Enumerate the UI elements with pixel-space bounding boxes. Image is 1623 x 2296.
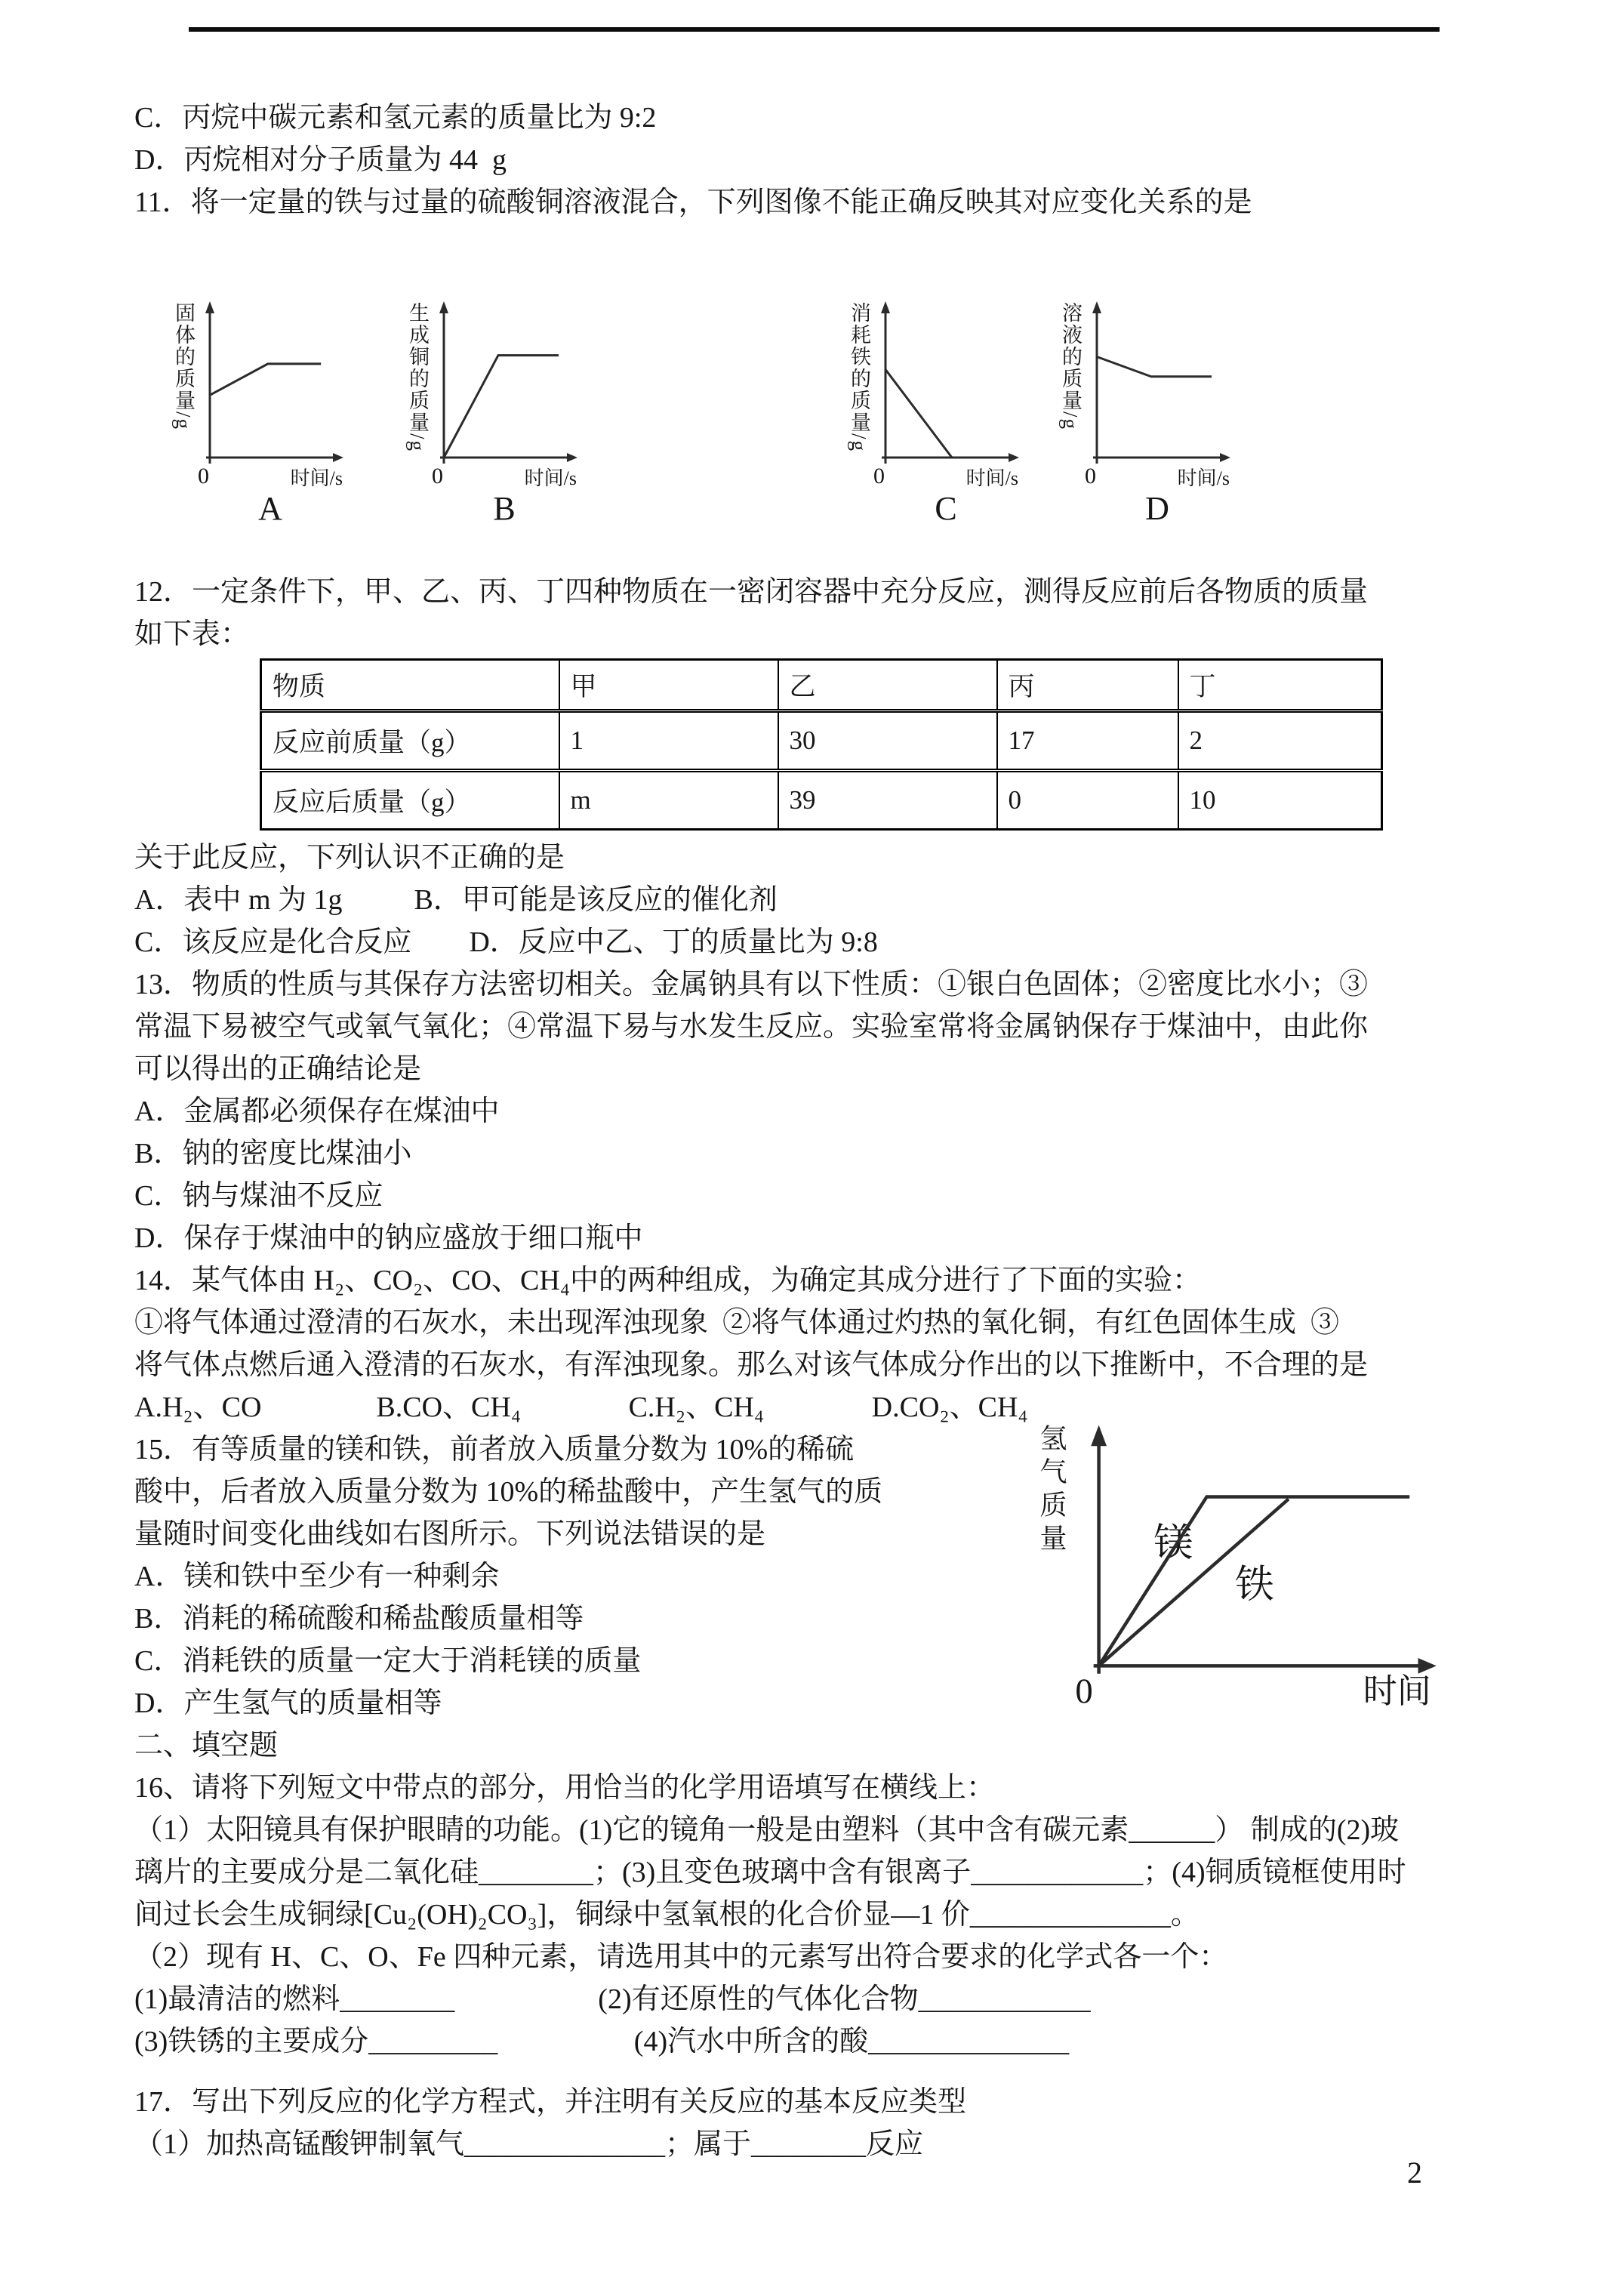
q16-part1-line2: 璃片的主要成分是二氧化硅________；(3)且变色玻璃中含有银离子_____… (134, 1851, 1501, 1894)
q12-options-ab: A．表中 m 为 1g B．甲可能是该反应的催化剂 (134, 879, 1501, 921)
curve-line (885, 369, 996, 458)
y-axis-arrow-icon (1091, 1425, 1107, 1446)
table-cell: 30 (778, 711, 997, 771)
q15-stem-line1: 15．有等质量的镁和铁，前者放入质量分数为 10%的稀硫 (134, 1428, 1033, 1471)
table-cell: 甲 (559, 660, 778, 711)
y-axis-label: 固体的质量/g (172, 302, 195, 464)
q12-after-table: 关于此反应，下列认识不正确的是 (134, 837, 1501, 879)
q16-part2-blanks-1-2: (1)最清洁的燃料________ (2)有还原性的气体化合物_________… (134, 1978, 1501, 2020)
graph-label: D (1082, 489, 1233, 528)
origin-label: 0 (1085, 464, 1096, 488)
graph-canvas: 0 时间/s (195, 299, 346, 488)
origin-label: 0 (198, 464, 209, 488)
q15-graph: 氢气质量 镁 铁 0 时间 (1033, 1422, 1486, 1710)
graph-label: A (195, 489, 346, 528)
q11-graph-a: 固体的质量/g 0 时间/s A (172, 299, 346, 528)
q14-stem-line1: 14．某气体由 H₂、CO₂、CO、CH₄中的两种组成，为确定其成分进行了下面的… (134, 1259, 1501, 1302)
graph-canvas: 0 时间/s (429, 299, 580, 488)
q11-graph-c: 消耗铁的质量/g 0 时间/s C (848, 299, 1021, 528)
q17-item1: （1）加热高锰酸钾制氧气______________；属于________反应 (134, 2123, 1501, 2165)
y-axis-arrow-icon (205, 301, 214, 313)
q13-option-a: A．金属都必须保存在煤油中 (134, 1090, 1501, 1133)
y-axis-label: 氢气质量 (1033, 1424, 1071, 1557)
y-axis-arrow-icon (1092, 301, 1101, 313)
q16-part1-line1: （1）太阳镜具有保护眼睛的功能。(1)它的镜角一般是由塑料（其中含有碳元素___… (134, 1809, 1501, 1851)
graph-body: 生成铜的质量/g 0 时间/s (406, 299, 580, 488)
q15-stem-line3: 量随时间变化曲线如右图所示。下列说法错误的是 (134, 1513, 1033, 1555)
table-cell: 丙 (997, 660, 1178, 711)
q16-stem: 16、请将下列短文中带点的部分，用恰当的化学用语填写在横线上： (134, 1767, 1501, 1809)
q13-stem-line2: 常温下易被空气或氧气氧化；④常温下易与水发生反应。实验室常将金属钠保存于煤油中，… (134, 1006, 1501, 1048)
graph-body: 溶液的质量/g 0 时间/s (1059, 299, 1233, 488)
y-axis-label: 消耗铁的质量/g (848, 302, 870, 464)
exam-page: C．丙烷中碳元素和氢元素的质量比为 9:2 D．丙烷相对分子质量为 44 g 1… (0, 0, 1623, 2296)
q15-option-a: A．镁和铁中至少有一种剩余 (134, 1555, 1033, 1598)
table-cell: 反应后质量（g） (261, 771, 559, 830)
x-axis-arrow-icon (567, 453, 577, 462)
table-cell: 39 (778, 771, 997, 830)
graph-body: 固体的质量/g 0 时间/s (172, 299, 346, 488)
graph-canvas: 0 时间/s (1082, 299, 1233, 488)
table-cell: 丁 (1178, 660, 1382, 711)
graph-canvas: 镁 铁 0 时间 (1067, 1422, 1460, 1710)
q16-part2-stem: （2）现有 H、C、O、Fe 四种元素，请选用其中的元素写出符合要求的化学式各一… (134, 1936, 1501, 1978)
table-cell: 乙 (778, 660, 997, 711)
x-axis-arrow-icon (1009, 453, 1019, 462)
table-row: 反应前质量（g） 1 30 17 2 (261, 711, 1382, 771)
x-axis-arrow-icon (1220, 453, 1230, 462)
curve-line (210, 364, 321, 395)
table-header-row: 物质 甲 乙 丙 丁 (261, 660, 1382, 711)
q15-option-b: B．消耗的稀硫酸和稀盐酸质量相等 (134, 1598, 1033, 1640)
table-cell: 1 (559, 711, 778, 771)
graph-canvas: 0 时间/s (870, 299, 1021, 488)
q12-stem-line2: 如下表： (134, 613, 1501, 655)
table-cell: 2 (1178, 711, 1382, 771)
x-axis-label: 时间/s (1178, 467, 1230, 488)
plot-area: 0 时间/s (870, 299, 1021, 488)
section2-heading: 二、填空题 (134, 1724, 1501, 1767)
graph-label: C (870, 489, 1021, 528)
table-cell: m (559, 771, 778, 830)
table-cell: 0 (997, 771, 1178, 830)
q13-option-d: D．保存于煤油中的钠应盛放于细口瓶中 (134, 1217, 1501, 1259)
y-axis-label: 溶液的质量/g (1059, 302, 1082, 464)
q16-part2-blanks-3-4: (3)铁锈的主要成分_________ (4)汽水中所含的酸__________… (134, 2020, 1501, 2063)
q10-option-d: D．丙烷相对分子质量为 44 g (134, 139, 1501, 181)
q15-option-c: C．消耗铁的质量一定大于消耗镁的质量 (134, 1640, 1033, 1682)
table-row: 反应后质量（g） m 39 0 10 (261, 771, 1382, 830)
q15-block: 15．有等质量的镁和铁，前者放入质量分数为 10%的稀硫 酸中，后者放入质量分数… (134, 1428, 1501, 1724)
q12-options-cd: C．该反应是化合反应 D．反应中乙、丁的质量比为 9:8 (134, 921, 1501, 963)
q11-stem: 11．将一定量的铁与过量的硫酸铜溶液混合，下列图像不能正确反映其对应变化关系的是 (134, 181, 1501, 223)
x-axis-label: 时间/s (966, 467, 1018, 488)
q16-part1-line3: 间过长会生成铜绿[Cu₂(OH)₂CO₃]，铜绿中氢氧根的化合价显—1 价___… (134, 1894, 1501, 1936)
q10-option-c: C．丙烷中碳元素和氢元素的质量比为 9:2 (134, 97, 1501, 139)
origin-label: 0 (1075, 1672, 1092, 1710)
q13-stem-line3: 可以得出的正确结论是 (134, 1048, 1501, 1090)
x-axis-label: 时间/s (291, 467, 343, 488)
header-rule (189, 27, 1440, 32)
graph-body: 消耗铁的质量/g 0 时间/s (848, 299, 1021, 488)
y-axis-arrow-icon (881, 301, 890, 313)
page-number: 2 (1407, 2155, 1422, 2190)
x-axis-arrow-icon (1418, 1658, 1437, 1674)
q11-graphs: 固体的质量/g 0 时间/s A (134, 299, 1501, 571)
page-content: C．丙烷中碳元素和氢元素的质量比为 9:2 D．丙烷相对分子质量为 44 g 1… (134, 97, 1501, 2165)
y-axis-label: 生成铜的质量/g (406, 302, 429, 464)
q13-option-c: C．钠与煤油不反应 (134, 1175, 1501, 1217)
y-axis-arrow-icon (439, 301, 448, 313)
q12-table: 物质 甲 乙 丙 丁 反应前质量（g） 1 30 17 2 反应后质量（g） m… (260, 658, 1383, 831)
curve-line (444, 356, 559, 458)
q15-text-column: 15．有等质量的镁和铁，前者放入质量分数为 10%的稀硫 酸中，后者放入质量分数… (134, 1428, 1033, 1724)
q13-stem-line1: 13．物质的性质与其保存方法密切相关。金属钠具有以下性质：①银白色固体；②密度比… (134, 963, 1501, 1006)
plot-area: 0 时间/s (429, 299, 580, 488)
q14-stem-line3: 将气体点燃后通入澄清的石灰水，有浑浊现象。那么对该气体成分作出的以下推断中，不合… (134, 1344, 1501, 1386)
q15-stem-line2: 酸中，后者放入质量分数为 10%的稀盐酸中，产生氢气的质 (134, 1471, 1033, 1513)
series-label-fe: 铁 (1235, 1564, 1274, 1607)
q12-stem-line1: 12．一定条件下，甲、乙、丙、丁四种物质在一密闭容器中充分反应，测得反应前后各物… (134, 571, 1501, 613)
x-axis-label: 时间 (1363, 1672, 1431, 1710)
plot-area: 0 时间/s (1082, 299, 1233, 488)
q14-stem-line2: ①将气体通过澄清的石灰水，未出现浑浊现象 ②将气体通过灼热的氧化铜，有红色固体生… (134, 1302, 1501, 1344)
table-cell: 物质 (261, 660, 559, 711)
graph-label: B (429, 489, 580, 528)
origin-label: 0 (873, 464, 885, 488)
q15-option-d: D．产生氢气的质量相等 (134, 1682, 1033, 1724)
table-cell: 17 (997, 711, 1178, 771)
table-cell: 反应前质量（g） (261, 711, 559, 771)
curve-line (1097, 357, 1212, 377)
x-axis-arrow-icon (333, 453, 343, 462)
origin-label: 0 (432, 464, 443, 488)
plot-area: 镁 铁 0 时间 (1067, 1422, 1486, 1710)
q11-graph-d: 溶液的质量/g 0 时间/s D (1059, 299, 1233, 528)
q13-option-b: B．钠的密度比煤油小 (134, 1133, 1501, 1175)
q11-graph-b: 生成铜的质量/g 0 时间/s B (406, 299, 580, 528)
plot-area: 0 时间/s (195, 299, 346, 488)
table-cell: 10 (1178, 771, 1382, 830)
x-axis-label: 时间/s (525, 467, 577, 488)
q17-stem: 17．写出下列反应的化学方程式，并注明有关反应的基本反应类型 (134, 2081, 1501, 2123)
